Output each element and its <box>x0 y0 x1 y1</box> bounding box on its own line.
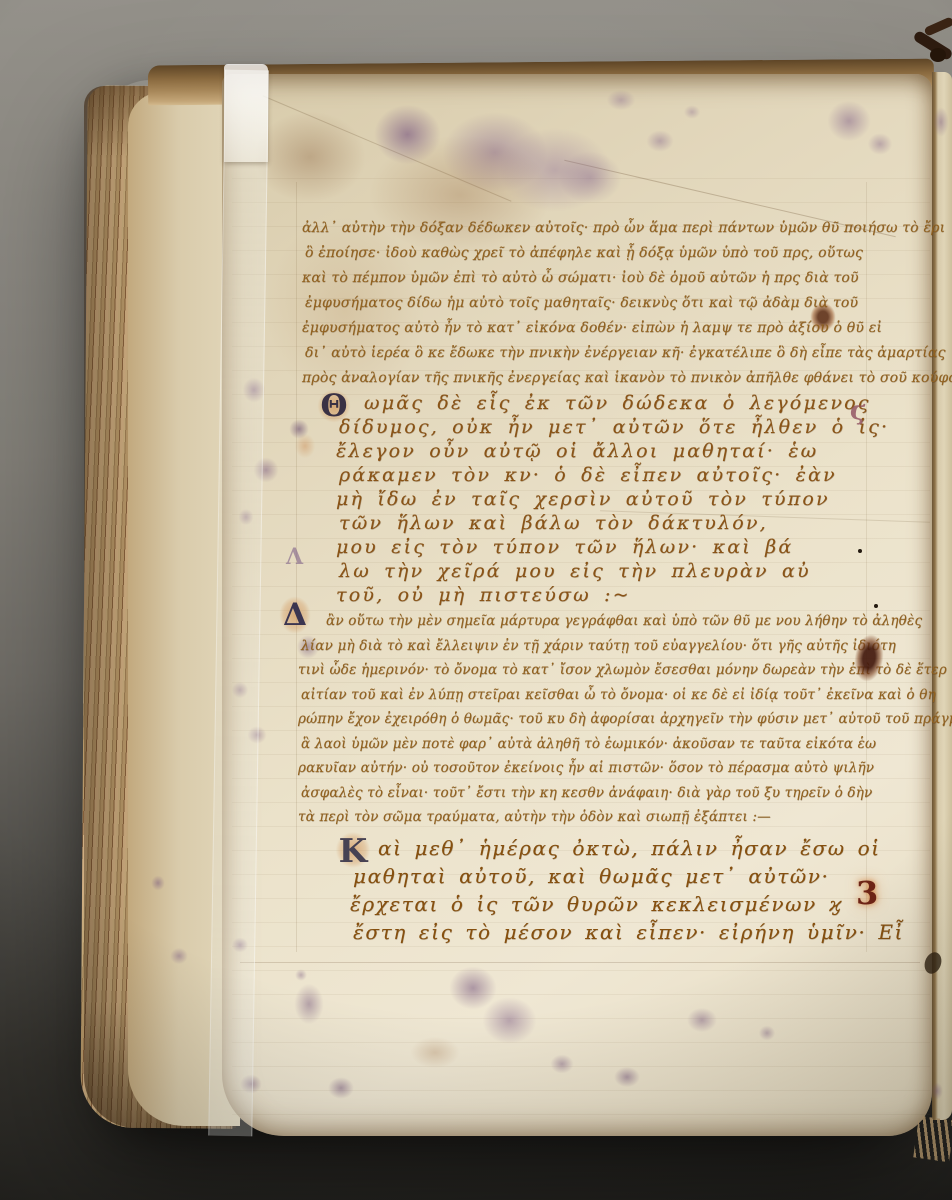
illuminated-initial-kappa: Κ <box>330 826 376 874</box>
ink-dot <box>858 549 862 553</box>
text-line: ἔλεγον οὖν αὐτῷ οἱ ἄλλοι μαθηταί· ἑω <box>336 439 889 463</box>
text-line: τοῦ, οὐ μὴ πιστεύσω :~ <box>336 583 889 607</box>
gospel-lection-john-20-24: ωμᾶς δὲ εἷς ἐκ τῶν δώδεκα ὁ λεγόμενος δί… <box>336 391 889 607</box>
text-line: καὶ τὸ πέμπον ὑμῶν ἐπὶ τὸ αὐτὸ ὦ σώματι·… <box>302 266 952 291</box>
text-line: ἃ λαοὶ ὑμῶν μὲν ποτὲ φαρ᾽ αὐτὰ ἀληθῆ τὸ … <box>301 732 952 757</box>
ink-dot <box>874 604 878 608</box>
text-line: πρὸς ἀναλογίαν τῆς πνικῆς ἐνεργείας καὶ … <box>302 366 952 391</box>
text-line: ἐμφυσήματος αὐτὸ ἦν τὸ κατ᾽ εἰκόνα δοθέν… <box>302 316 952 341</box>
strap-knot <box>930 48 946 62</box>
text-line: ἂν οὕτω τὴν μὲν σημεῖα μάρτυρα γεγράφθαι… <box>326 609 952 634</box>
text-line: ἔρχεται ὁ ἰς τῶν θυρῶν κεκλεισμένων ϗ <box>350 890 904 918</box>
text-line: ὃ ἐποίησε· ἰδοὺ καθὼς χρεῖ τὸ ἀπέφηλε κα… <box>305 241 952 266</box>
text-line: ωμᾶς δὲ εἷς ἐκ τῶν δώδεκα ὁ λεγόμενος <box>364 391 889 415</box>
text-line: ἔστη εἰς τὸ μέσον καὶ εἶπεν· εἰρήνη ὑμῖν… <box>353 918 904 946</box>
strap-segment <box>923 16 952 36</box>
text-line: ράκαμεν τὸν κν· ὁ δὲ εἶπεν αὐτοῖς· ἐὰν <box>339 463 889 487</box>
text-line: ρώπην ἔχον ἐχειρόθη ὁ θωμᾶς· τοῦ κυ δὴ ἀ… <box>298 707 952 732</box>
text-line: αἰτίαν τοῦ καὶ ἐν λύπῃ στεῖραι κεῖσθαι ὦ… <box>301 683 952 708</box>
illuminated-initial-delta: Δ <box>274 590 316 640</box>
text-line: μὴ ἴδω ἐν ταῖς χερσὶν αὐτοῦ τὸν τύπον <box>336 487 889 511</box>
text-line: τῶν ἥλων καὶ βάλω τὸν δάκτυλόν, <box>339 511 889 535</box>
text-line: ἀλλ᾽ αὐτὴν τὴν δόξαν δέδωκεν αὐτοῖς· πρὸ… <box>302 216 952 241</box>
text-line: μαθηταὶ αὐτοῦ, καὶ θωμᾶς μετ᾽ αὐτῶν· <box>353 862 904 890</box>
text-line: ἐμφυσήματος δίδω ἡμ αὐτὸ τοῖς μαθηταῖς· … <box>305 291 952 316</box>
commentary-block-middle: ἂν οὕτω τὴν μὲν σημεῖα μάρτυρα γεγράφθαι… <box>298 609 952 830</box>
text-line: ἀσφαλὲς τὸ εἶναι· τοῦτ᾽ ἔστι τὴν κη κεσθ… <box>301 781 952 806</box>
text-line: δι᾽ αὐτὸ ἱερέα ὃ κε ἔδωκε τὴν πνικὴν ἐνέ… <box>305 341 952 366</box>
photo-scene: ἀλλ᾽ αὐτὴν τὴν δόξαν δέδωκεν αὐτοῖς· πρὸ… <box>0 0 952 1200</box>
text-line: αὶ μεθ᾽ ἡμέρας ὀκτὼ, πάλιν ἦσαν ἔσω οἱ <box>378 834 904 862</box>
frayed-threads <box>913 1116 952 1163</box>
commentary-block-top: ἀλλ᾽ αὐτὴν τὴν δόξαν δέδωκεν αὐτοῖς· πρὸ… <box>302 216 952 391</box>
binding-strap-remnant <box>908 14 952 76</box>
text-line: λω τὴν χεῖρά μου εἰς τὴν πλευρὰν αὐ <box>339 559 889 583</box>
text-line: ρακυῖαν αὐτήν· οὐ τοσοῦτον ἐκείνοις ἦν α… <box>298 756 952 781</box>
gospel-lection-john-20-26: αὶ μεθ᾽ ἡμέρας ὀκτὼ, πάλιν ἦσαν ἔσω οἱ μ… <box>350 834 904 946</box>
text-line: μου εἰς τὸν τύπον τῶν ἥλων· καὶ βά <box>336 535 889 559</box>
left-margin-faded-mark: Λ <box>286 544 303 570</box>
text-line: δίδυμος, οὐκ ἦν μετ᾽ αὐτῶν ὅτε ἦλθεν ὁ ἰ… <box>339 415 889 439</box>
right-margin-lower-mark: 3 <box>856 874 878 912</box>
text-line: τὰ περὶ τὸν σῶμα τραύματα, αὐτὴν τὴν ὁδὸ… <box>298 805 952 830</box>
illuminated-initial-theta: Θ <box>312 384 356 428</box>
conservation-tape-fold <box>224 64 268 162</box>
